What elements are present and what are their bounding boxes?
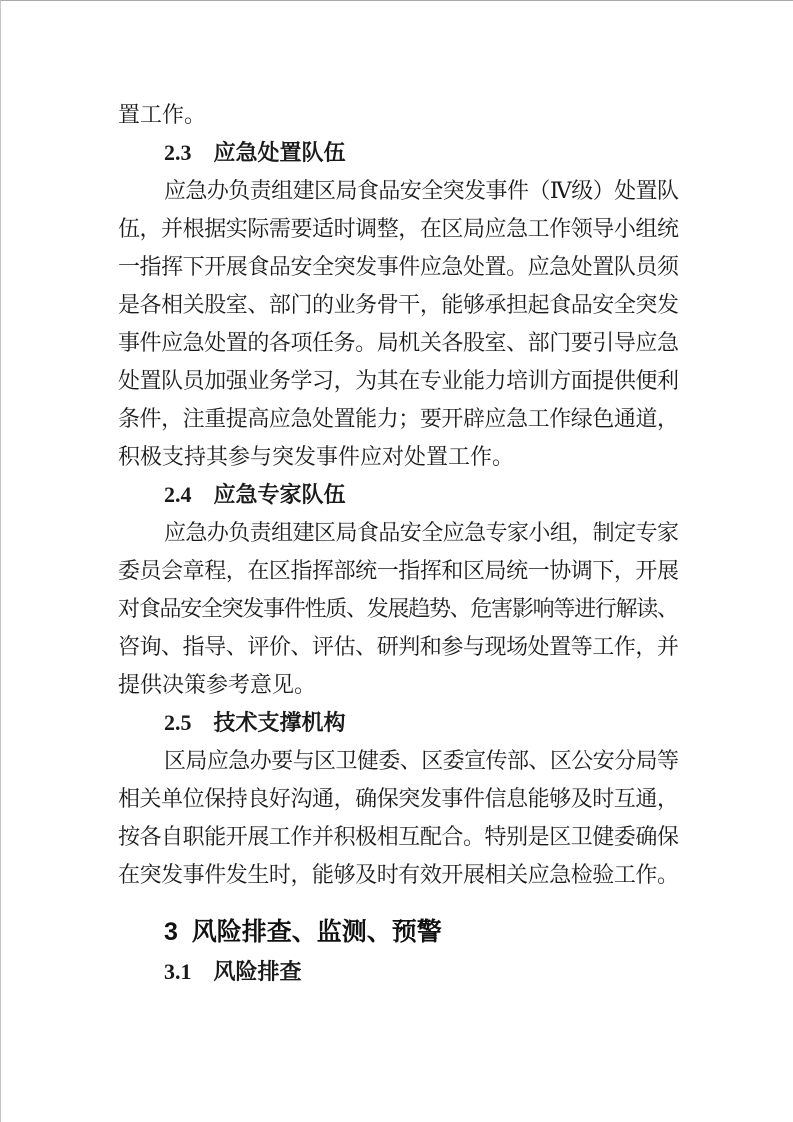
line-text: 事件应急处置的各项任务。局机关各股室、部门要引导应急 xyxy=(118,330,679,355)
text-line: 是各相关股室、部门的业务骨干，能够承担起食品安全突发 xyxy=(118,286,679,324)
section-heading: 2.5 技术支撑机构 xyxy=(118,704,679,742)
text-line: 条件，注重提高应急处置能力；要开辟应急工作绿色通道， xyxy=(118,400,679,438)
line-text: 处置队员加强业务学习，为其在专业能力培训方面提供便利 xyxy=(118,368,679,393)
line-text: 一指挥下开展食品安全突发事件应急处置。应急处置队员须 xyxy=(118,254,679,279)
section-heading: 3.1 风险排查 xyxy=(118,953,679,991)
section-heading: 2.3 应急处置队伍 xyxy=(118,134,679,172)
line-text: 在突发事件发生时，能够及时有效开展相关应急检验工作。 xyxy=(118,862,679,887)
chapter-heading: 3 风险排查、监测、预警 xyxy=(118,911,679,953)
text-line: 积极支持其参与突发事件应对处置工作。 xyxy=(118,438,679,476)
line-text: 按各自职能开展工作并积极相互配合。特别是区卫健委确保 xyxy=(118,824,679,849)
line-text: 相关单位保持良好沟通，确保突发事件信息能够及时互通， xyxy=(118,786,679,811)
line-text: 伍，并根据实际需要适时调整，在区局应急工作领导小组统 xyxy=(118,216,679,241)
text-line: 相关单位保持良好沟通，确保突发事件信息能够及时互通， xyxy=(118,780,679,818)
line-text: 应急办负责组建区局食品安全应急专家小组，制定专家 xyxy=(164,520,678,545)
line-text: 区局应急办要与区卫健委、区委宣传部、区公安分局等 xyxy=(164,748,678,773)
section-heading: 2.4 应急专家队伍 xyxy=(118,476,679,514)
text-line: 应急办负责组建区局食品安全应急专家小组，制定专家 xyxy=(118,514,679,552)
line-text: 对食品安全突发事件性质、发展趋势、危害影响等进行解读、 xyxy=(118,596,678,621)
text-line: 咨询、指导、评价、评估、研判和参与现场处置等工作，并 xyxy=(118,628,679,666)
line-text: 2.3 应急处置队伍 xyxy=(164,140,346,165)
line-text: 积极支持其参与突发事件应对处置工作。 xyxy=(118,444,514,469)
line-text: 提供决策参考意见。 xyxy=(118,672,316,697)
document-body: 置工作。2.3 应急处置队伍应急办负责组建区局食品安全突发事件（Ⅳ级）处置队伍，… xyxy=(118,96,679,991)
text-line: 伍，并根据实际需要适时调整，在区局应急工作领导小组统 xyxy=(118,210,679,248)
text-line: 应急办负责组建区局食品安全突发事件（Ⅳ级）处置队 xyxy=(118,172,679,210)
text-line: 对食品安全突发事件性质、发展趋势、危害影响等进行解读、 xyxy=(118,590,679,628)
line-text: 3.1 风险排查 xyxy=(164,959,302,984)
document-page: 置工作。2.3 应急处置队伍应急办负责组建区局食品安全突发事件（Ⅳ级）处置队伍，… xyxy=(0,0,793,1122)
text-line: 在突发事件发生时，能够及时有效开展相关应急检验工作。 xyxy=(118,856,679,894)
line-text: 2.4 应急专家队伍 xyxy=(164,482,346,507)
text-line: 区局应急办要与区卫健委、区委宣传部、区公安分局等 xyxy=(118,742,679,780)
text-line: 一指挥下开展食品安全突发事件应急处置。应急处置队员须 xyxy=(118,248,679,286)
text-line: 按各自职能开展工作并积极相互配合。特别是区卫健委确保 xyxy=(118,818,679,856)
text-line: 提供决策参考意见。 xyxy=(118,666,679,704)
text-line: 事件应急处置的各项任务。局机关各股室、部门要引导应急 xyxy=(118,324,679,362)
line-text: 3 风险排查、监测、预警 xyxy=(164,918,442,946)
line-text: 咨询、指导、评价、评估、研判和参与现场处置等工作，并 xyxy=(118,634,679,659)
line-text: 2.5 技术支撑机构 xyxy=(164,710,346,735)
line-text: 条件，注重提高应急处置能力；要开辟应急工作绿色通道， xyxy=(118,406,679,431)
text-line: 置工作。 xyxy=(118,96,679,134)
text-line: 委员会章程，在区指挥部统一指挥和区局统一协调下，开展 xyxy=(118,552,679,590)
line-text: 委员会章程，在区指挥部统一指挥和区局统一协调下，开展 xyxy=(118,558,679,583)
text-line: 处置队员加强业务学习，为其在专业能力培训方面提供便利 xyxy=(118,362,679,400)
line-text: 是各相关股室、部门的业务骨干，能够承担起食品安全突发 xyxy=(118,292,679,317)
line-text: 置工作。 xyxy=(118,102,206,127)
line-text: 应急办负责组建区局食品安全突发事件（Ⅳ级）处置队 xyxy=(164,178,678,203)
